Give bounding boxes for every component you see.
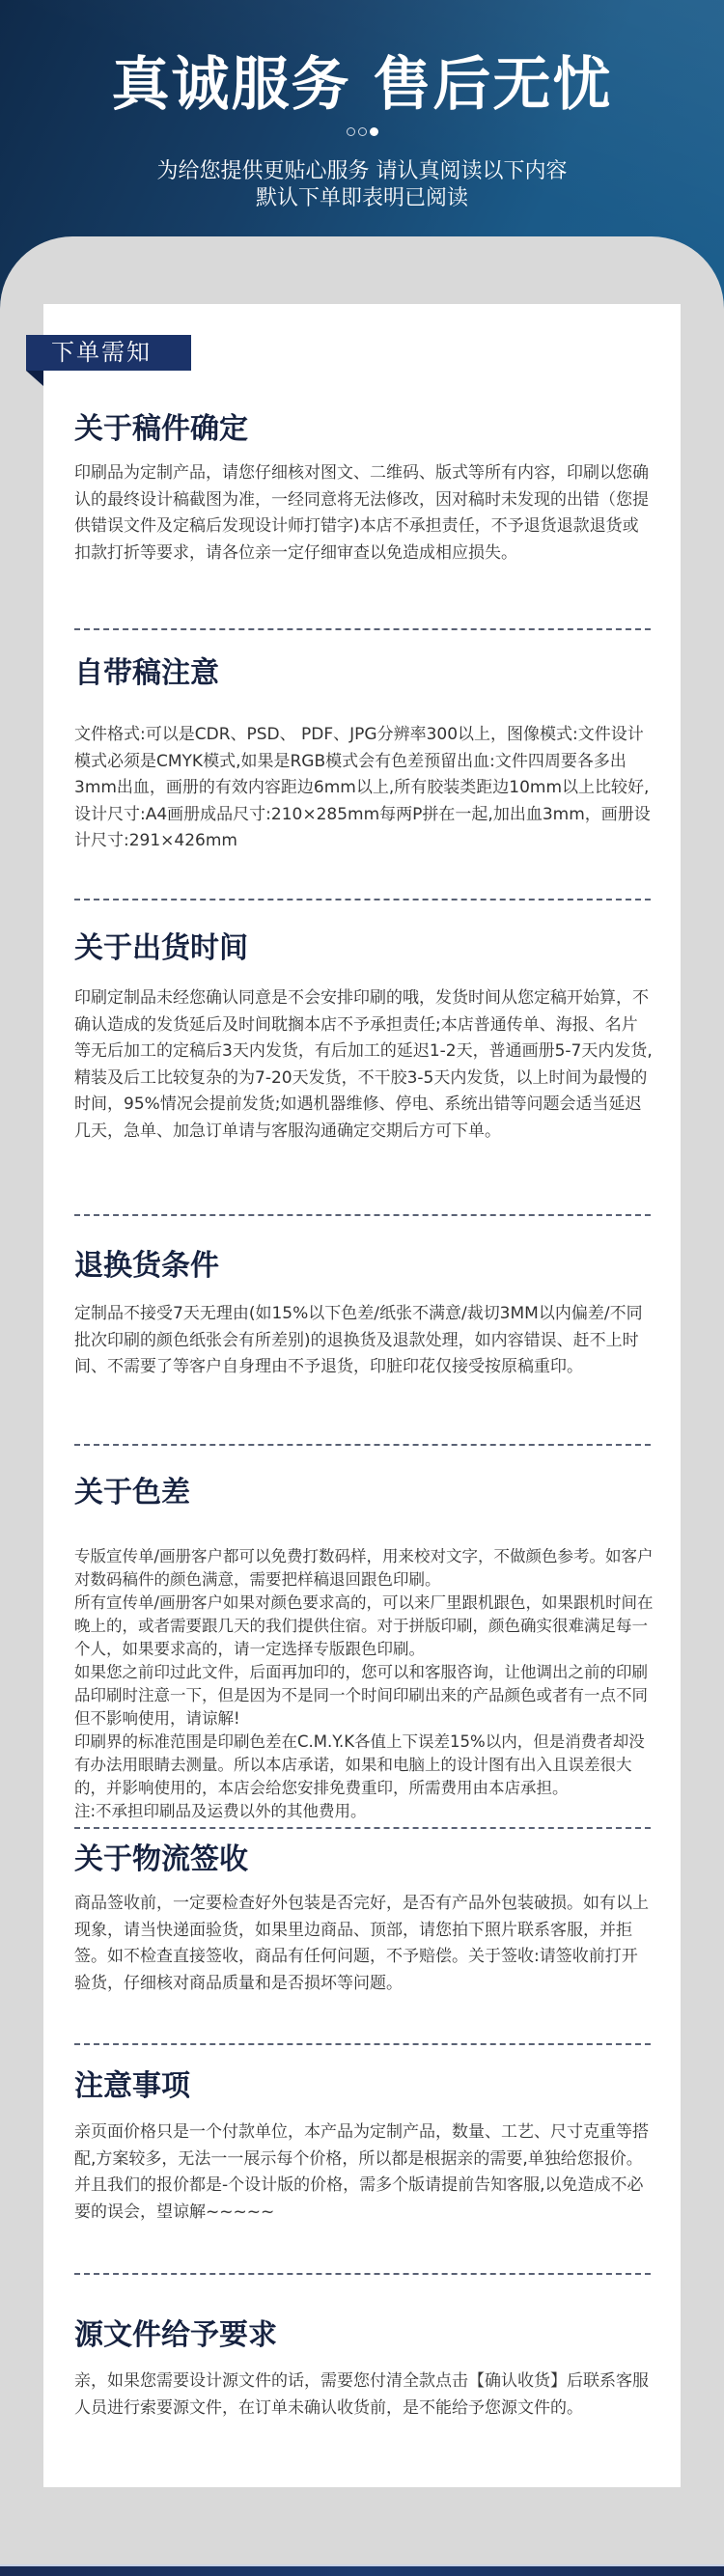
dashed-divider bbox=[74, 1827, 651, 1829]
footer-bar bbox=[0, 2564, 724, 2576]
section-body: 专版宣传单/画册客户都可以免费打数码样，用来校对文字，不做颜色参考。如客户对数码… bbox=[74, 1545, 654, 1823]
section-title: 关于稿件确定 bbox=[74, 410, 654, 449]
section-own-artwork: 自带稿注意 文件格式:可以是CDR、PSD、 PDF、JPG分辨率300以上，图… bbox=[74, 654, 654, 855]
paragraph: 印刷界的标准范围是印刷色差在C.M.Y.K各值上下误差15%以内，但是消费者却没… bbox=[74, 1731, 654, 1800]
section-body: 文件格式:可以是CDR、PSD、 PDF、JPG分辨率300以上，图像模式:文件… bbox=[74, 722, 654, 855]
dashed-divider bbox=[74, 1444, 651, 1446]
hero-subtitle-line1: 为给您提供更贴心服务 请认真阅读以下内容 bbox=[0, 154, 724, 184]
section-body: 商品签收前，一定要检查好外包装是否完好，是否有产品外包装破损。如有以上现象，请当… bbox=[74, 1891, 654, 1997]
dashed-divider bbox=[74, 1214, 651, 1216]
section-color-difference: 关于色差 专版宣传单/画册客户都可以免费打数码样，用来校对文字，不做颜色参考。如… bbox=[74, 1474, 654, 1823]
section-title: 关于色差 bbox=[74, 1474, 654, 1512]
dashed-divider bbox=[74, 628, 651, 630]
paragraph: 所有宣传单/画册客户如果对颜色要求高的，可以来厂里跟机跟色，如果跟机时间在晚上的… bbox=[74, 1592, 654, 1661]
paragraph: 专版宣传单/画册客户都可以免费打数码样，用来校对文字，不做颜色参考。如客户对数码… bbox=[74, 1545, 654, 1592]
section-return-conditions: 退换货条件 定制品不接受7天无理由(如15%以下色差/纸张不满意/裁切3MM以内… bbox=[74, 1247, 654, 1381]
hero-subtitle-line2: 默认下单即表明已阅读 bbox=[0, 181, 724, 211]
section-title: 关于物流签收 bbox=[74, 1841, 654, 1879]
dashed-divider bbox=[74, 2043, 651, 2045]
ribbon-fold-icon bbox=[26, 371, 43, 386]
section-logistics-signing: 关于物流签收 商品签收前，一定要检查好外包装是否完好，是否有产品外包装破损。如有… bbox=[74, 1841, 654, 1997]
section-body: 印刷定制品未经您确认同意是不会安排印刷的哦，发货时间从您定稿开始算，不确认造成的… bbox=[74, 985, 654, 1145]
section-body: 印刷品为定制产品，请您仔细核对图文、二维码、版式等所有内容，印刷以您确认的最终设… bbox=[74, 460, 654, 567]
section-body: 定制品不接受7天无理由(如15%以下色差/纸张不满意/裁切3MM以内偏差/不同批… bbox=[74, 1301, 654, 1381]
section-title: 自带稿注意 bbox=[74, 654, 654, 693]
dot-icon bbox=[358, 127, 367, 136]
section-draft-confirmation: 关于稿件确定 印刷品为定制产品，请您仔细核对图文、二维码、版式等所有内容，印刷以… bbox=[74, 410, 654, 567]
dashed-divider bbox=[74, 2273, 651, 2275]
section-title: 关于出货时间 bbox=[74, 929, 654, 968]
section-title: 退换货条件 bbox=[74, 1247, 654, 1286]
section-source-files: 源文件给予要求 亲，如果您需要设计源文件的话，需要您付清全款点击【确认收货】后联… bbox=[74, 2316, 654, 2422]
section-shipping-time: 关于出货时间 印刷定制品未经您确认同意是不会安排印刷的哦，发货时间从您定稿开始算… bbox=[74, 929, 654, 1145]
section-notes: 注意事项 亲页面价格只是一个付款单位，本产品为定制产品，数量、工艺、尺寸克重等搭… bbox=[74, 2067, 654, 2226]
paragraph: 注:不承担印刷品及运费以外的其他费用。 bbox=[74, 1800, 654, 1823]
section-title: 注意事项 bbox=[74, 2067, 654, 2106]
dot-icon bbox=[347, 127, 355, 136]
section-body: 亲页面价格只是一个付款单位，本产品为定制产品，数量、工艺、尺寸克重等搭配,方案较… bbox=[74, 2119, 654, 2226]
dot-active-icon bbox=[370, 127, 378, 136]
paragraph: 如果您之前印过此文件，后面再加印的，您可以和客服咨询，让他调出之前的印刷品印刷时… bbox=[74, 1661, 654, 1731]
section-title: 源文件给予要求 bbox=[74, 2316, 654, 2355]
hero-title: 真诚服务 售后无忧 bbox=[0, 39, 724, 122]
dashed-divider bbox=[74, 899, 651, 900]
carousel-dots bbox=[0, 122, 724, 140]
order-notice-badge: 下单需知 bbox=[26, 335, 191, 371]
section-body: 亲，如果您需要设计源文件的话，需要您付清全款点击【确认收货】后联系客服人员进行索… bbox=[74, 2368, 654, 2422]
